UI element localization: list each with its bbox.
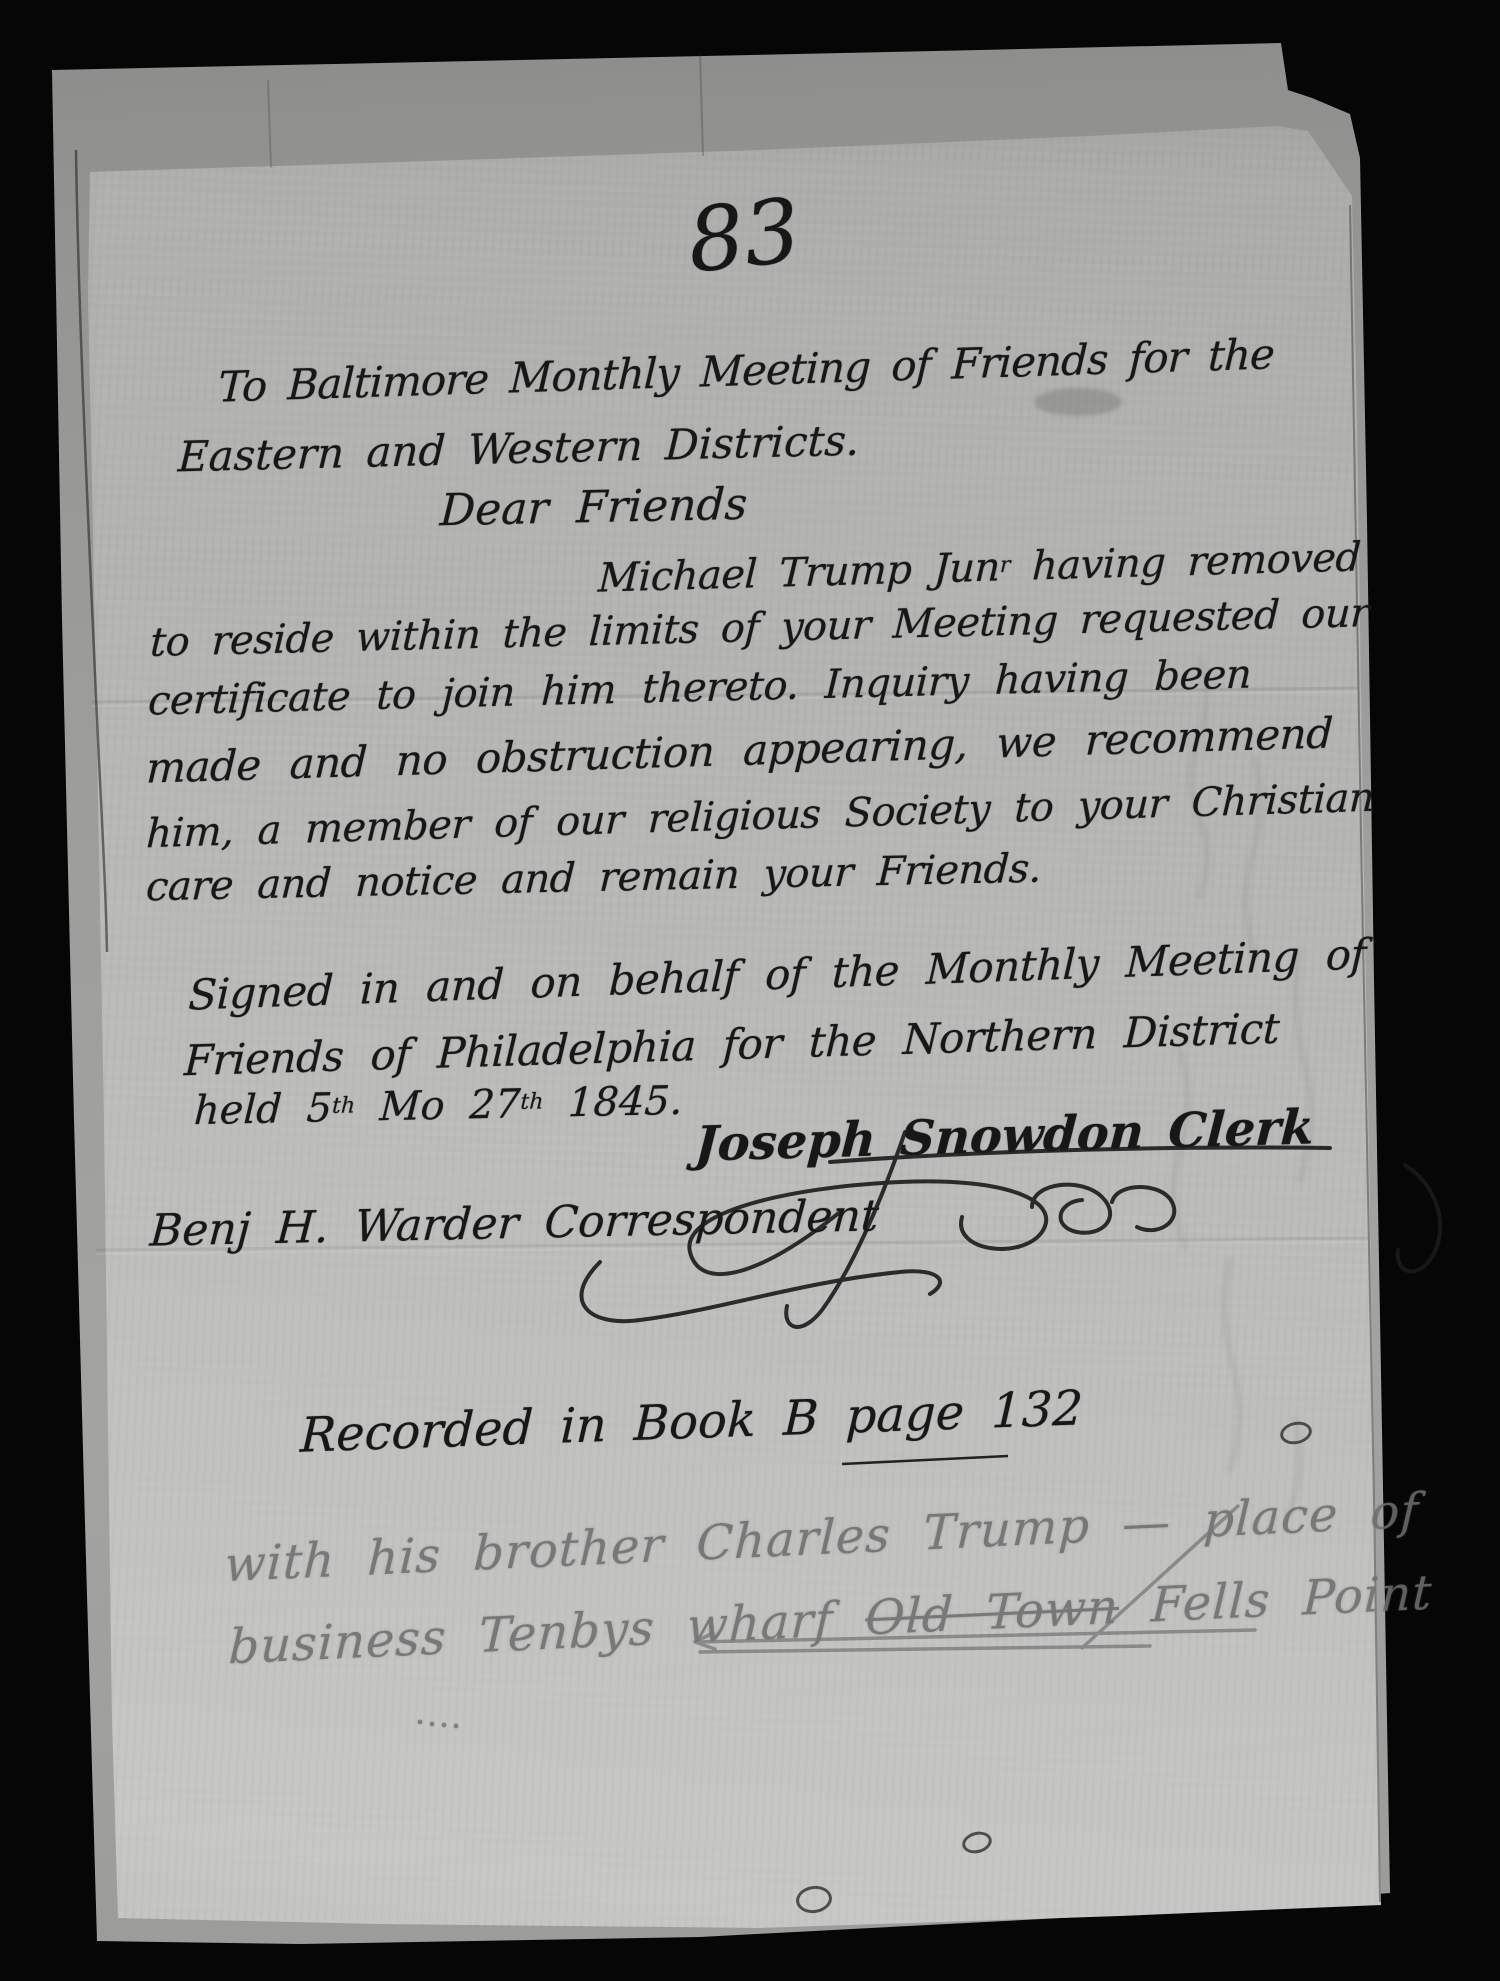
date-superscript-2: th bbox=[520, 1089, 544, 1115]
date-part-1: held 5 bbox=[193, 1085, 333, 1134]
date-superscript-1: th bbox=[332, 1093, 356, 1119]
date-part-3: 1845. bbox=[542, 1078, 683, 1127]
pencil-line2-struck: Old Town bbox=[864, 1579, 1120, 1647]
recorded-page-ref: 132 bbox=[990, 1380, 1084, 1439]
greeting: Dear Friends bbox=[439, 483, 748, 533]
scanned-document: 83 To Baltimore Monthly Meeting of Frien… bbox=[0, 0, 1500, 1981]
opening-post: having removed bbox=[1009, 534, 1362, 590]
page-number: 83 bbox=[684, 186, 805, 285]
date-part-2: Mo 27 bbox=[354, 1081, 522, 1131]
date-line: held 5th Mo 27th 1845. bbox=[193, 1081, 683, 1131]
